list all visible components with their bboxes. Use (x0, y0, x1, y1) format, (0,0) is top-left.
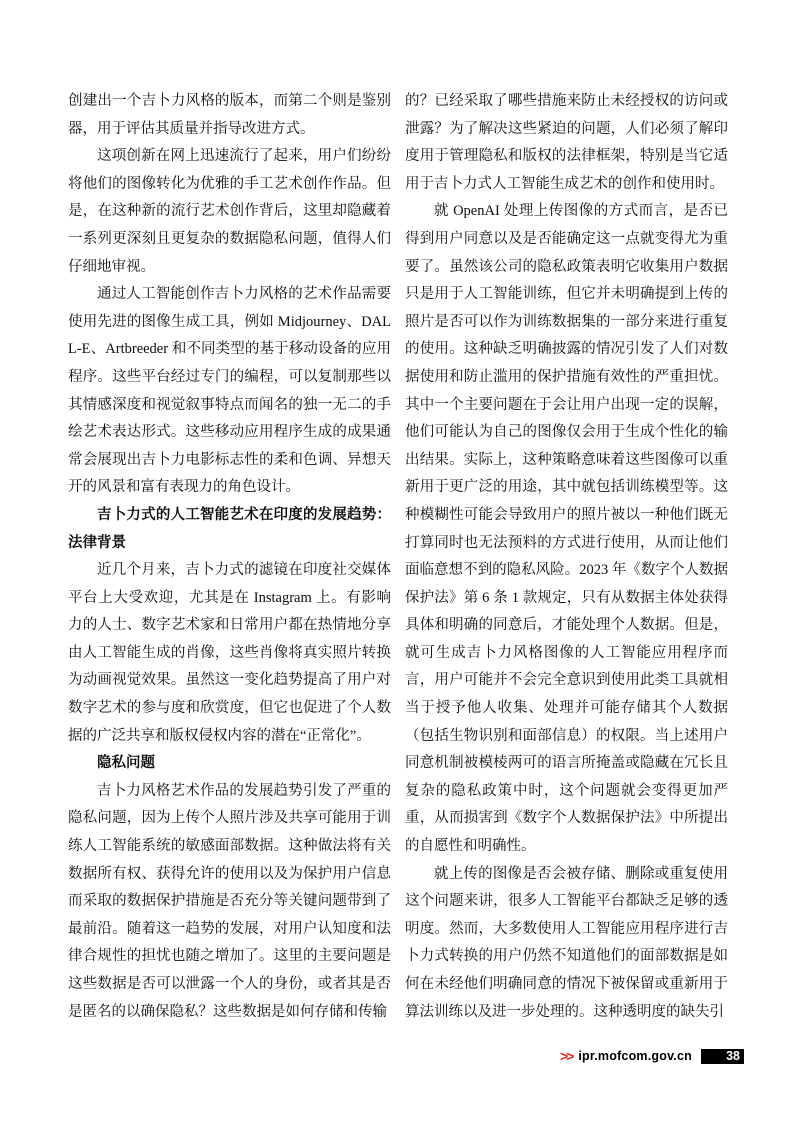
double-chevron-icon: >> (560, 1049, 572, 1063)
paragraph: 就 OpenAI 处理上传图像的方式而言，是否已得到用户同意以及是否能确定这一点… (405, 198, 728, 860)
paragraph: 吉卜力风格艺术作品的发展趋势引发了严重的隐私问题，因为上传个人照片涉及共享可能用… (68, 778, 391, 1026)
paragraph: 近几个月来，吉卜力式的滤镜在印度社交媒体平台上大受欢迎，尤其是在 Instagr… (68, 557, 391, 750)
section-heading: 吉卜力式的人工智能艺术在印度的发展趋势：法律背景 (68, 502, 391, 557)
footer-site-url: ipr.mofcom.gov.cn (578, 1049, 692, 1063)
document-page: 创建出一个吉卜力风格的版本，而第二个则是鉴别器，用于评估其质量并指导改进方式。 … (0, 0, 794, 1123)
page-number-badge: 38 (701, 1049, 744, 1064)
paragraph: 的？已经采取了哪些措施来防止未经授权的访问或泄露？为了解决这些紧迫的问题，人们必… (405, 88, 728, 198)
paragraph: 通过人工智能创作吉卜力风格的艺术作品需要使用先进的图像生成工具，例如 Midjo… (68, 281, 391, 502)
page-footer: >> ipr.mofcom.gov.cn 38 (560, 1046, 744, 1066)
paragraph: 就上传的图像是否会被存储、删除或重复使用这个问题来讲，很多人工智能平台都缺乏足够… (405, 861, 728, 1027)
paragraph: 创建出一个吉卜力风格的版本，而第二个则是鉴别器，用于评估其质量并指导改进方式。 (68, 88, 391, 143)
paragraph: 这项创新在网上迅速流行了起来，用户们纷纷将他们的图像转化为优雅的手工艺术创作作品… (68, 143, 391, 281)
left-column: 创建出一个吉卜力风格的版本，而第二个则是鉴别器，用于评估其质量并指导改进方式。 … (68, 88, 391, 1026)
section-heading: 隐私问题 (68, 750, 391, 778)
text-columns: 创建出一个吉卜力风格的版本，而第二个则是鉴别器，用于评估其质量并指导改进方式。 … (68, 88, 728, 1026)
right-column: 的？已经采取了哪些措施来防止未经授权的访问或泄露？为了解决这些紧迫的问题，人们必… (405, 88, 728, 1026)
